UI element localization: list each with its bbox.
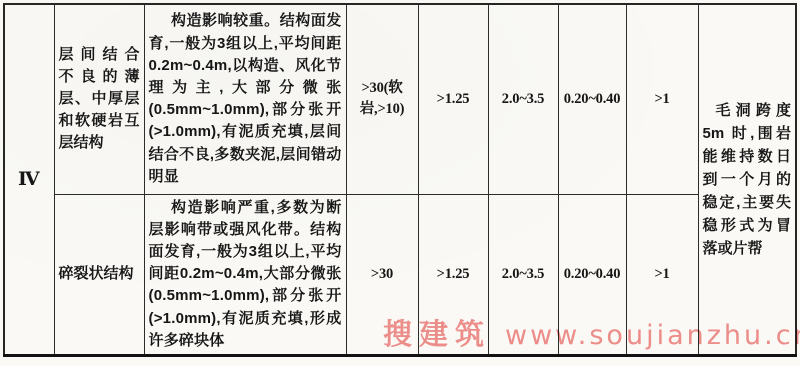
value-cell-2: >1.25 bbox=[418, 194, 488, 355]
value-cell-3: 2.0~3.5 bbox=[488, 194, 558, 355]
structure-type-text: 碎裂状结构 bbox=[59, 263, 140, 285]
grade-cell: Ⅳ bbox=[4, 4, 54, 355]
value-cell-2: >1.25 bbox=[418, 4, 488, 194]
value-cell-4: 0.20~0.40 bbox=[558, 4, 626, 194]
scanned-document-page: Ⅳ 层间结合不良的薄层、中厚层和软硬岩互层结构 构造影响较重。结构面发育,一般为… bbox=[0, 0, 800, 366]
value-cell-1: >30 bbox=[346, 194, 418, 355]
value-cell-1: >30(软 岩,>10) bbox=[346, 4, 418, 194]
description-text: 构造影响严重,多数为断层影响带或强风化带。结构面发育,一般为3组以上,平均间距0… bbox=[149, 197, 342, 352]
stability-note-cell: 毛洞跨度5m 时,围岩能维持数日到一个月的稳定,主要失稳形式为冒落或片帮 bbox=[698, 4, 796, 355]
stability-note-text: 毛洞跨度5m 时,围岩能维持数日到一个月的稳定,主要失稳形式为冒落或片帮 bbox=[703, 99, 792, 260]
description-cell: 构造影响严重,多数为断层影响带或强风化带。结构面发育,一般为3组以上,平均间距0… bbox=[144, 194, 346, 355]
description-text: 构造影响较重。结构面发育,一般为3组以上,平均间距0.2m~0.4m,以构造、风… bbox=[149, 10, 342, 188]
value-cell-5: >1 bbox=[626, 194, 698, 355]
rock-mass-classification-table: Ⅳ 层间结合不良的薄层、中厚层和软硬岩互层结构 构造影响较重。结构面发育,一般为… bbox=[3, 3, 797, 357]
value-cell-4: 0.20~0.40 bbox=[558, 194, 626, 355]
description-cell: 构造影响较重。结构面发育,一般为3组以上,平均间距0.2m~0.4m,以构造、风… bbox=[144, 4, 346, 194]
structure-type-cell: 碎裂状结构 bbox=[54, 194, 144, 355]
table-row: 碎裂状结构 构造影响严重,多数为断层影响带或强风化带。结构面发育,一般为3组以上… bbox=[4, 194, 796, 355]
value-cell-5: >1 bbox=[626, 4, 698, 194]
value-cell-3: 2.0~3.5 bbox=[488, 4, 558, 194]
table-row: Ⅳ 层间结合不良的薄层、中厚层和软硬岩互层结构 构造影响较重。结构面发育,一般为… bbox=[4, 4, 796, 194]
structure-type-cell: 层间结合不良的薄层、中厚层和软硬岩互层结构 bbox=[54, 4, 144, 194]
structure-type-text: 层间结合不良的薄层、中厚层和软硬岩互层结构 bbox=[59, 44, 140, 154]
